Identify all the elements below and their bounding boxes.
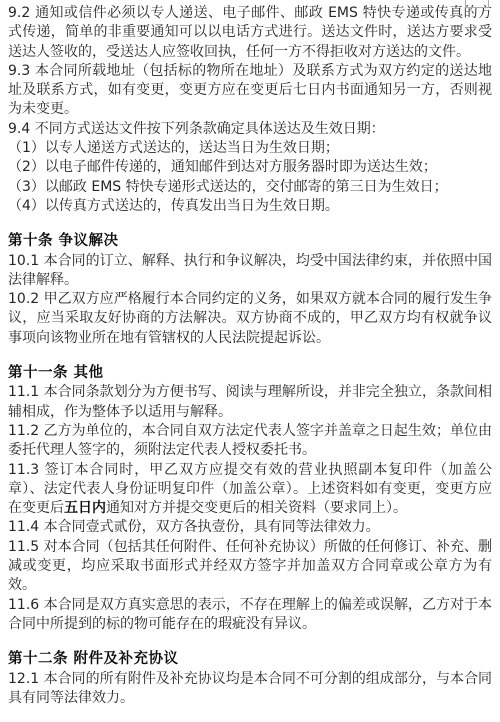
clause-9-2: 9.2 通知或信件必须以专人递送、电子邮件、邮政 EMS 特快专递或传真的方式传… [8,4,492,62]
clause-10-2: 10.2 甲乙双方应严格履行本合同约定的义务，如果双方就本合同的履行发生争议，应… [8,290,492,348]
delivery-method-item-1: （1）以专人递送方式送达的，送达当日为生效日期； [8,139,492,158]
clause-11-3-bold-term: 五日内 [64,500,106,516]
clause-11-6: 11.6 本合同是双方真实意思的表示，不存在理解上的偏差或误解，乙方对于本合同中… [8,596,492,635]
clause-9-4-intro: 9.4 不同方式送达文件按下列条款确定具体送达及生效日期： [8,120,492,139]
delivery-method-item-4: （4）以传真方式送达的，传真发出当日为生效日期。 [8,197,492,216]
clause-11-1: 11.1 本合同条款划分为方便书写、阅读与理解所设，并非完全独立，条款间相辅相成… [8,383,492,422]
clause-11-4: 11.4 本合同壹式贰份，双方各执壹份，具有同等法律效力。 [8,518,492,537]
article-12-heading: 第十二条 附件及补充协议 [8,650,492,669]
clause-9-3: 9.3 本合同所载地址（包括标的物所在地址）及联系方式为双方约定的送达地址及联系… [8,62,492,120]
clause-11-5: 11.5 对本合同（包括其任何附件、任何补充协议）所做的任何修订、补充、删减或变… [8,538,492,596]
clause-11-2: 11.2 乙方为单位的，本合同自双方法定代表人签字并盖章之日起生效；单位由委托代… [8,422,492,461]
clause-10-1: 10.1 本合同的订立、解释、执行和争议解决，均受中国法律约束，并依照中国法律解… [8,252,492,291]
contract-document-page: 9.2 通知或信件必须以专人递送、电子邮件、邮政 EMS 特快专递或传真的方式传… [0,0,500,722]
clause-11-3-text-cont: 通知对方并提交变更后的相关资料（要求同上）。 [106,500,407,516]
clause-11-3: 11.3 签订本合同时，甲乙双方应提交有效的营业执照副本复印件（加盖公章）、法定… [8,461,492,519]
article-10-heading: 第十条 争议解决 [8,232,492,251]
delivery-method-item-3: （3）以邮政 EMS 特快专递形式送达的，交付邮寄的第三日为生效日； [8,178,492,197]
scan-edge-artifact [465,0,489,8]
article-11-heading: 第十一条 其他 [8,364,492,383]
delivery-method-item-2: （2）以电子邮件传递的，通知邮件到达对方服务器时即为送达生效； [8,158,492,177]
clause-12-1: 12.1 本合同的所有附件及补充协议均是本合同不可分割的组成部分，与本合同具有同… [8,670,492,709]
